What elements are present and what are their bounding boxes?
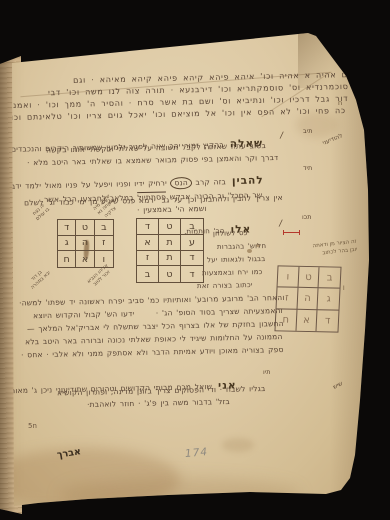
text-line: הממונה על החלומות שיגיד לי כאופת שאלתי נ… bbox=[24, 332, 282, 346]
grid-cell: ח bbox=[58, 251, 76, 267]
quire-mark: 5n bbox=[28, 422, 37, 430]
text-line: ספק בצוריה מאוכן ויודע אמיתת הדבר ולא אס… bbox=[21, 345, 284, 359]
magic-square-main: ד ט ב ג ה ז ח א ו bbox=[57, 219, 114, 268]
text-line: בזל' בדבור משה בין פ'ג' · חוזר לואהבת· bbox=[87, 397, 230, 409]
stain bbox=[222, 438, 254, 452]
manuscript-page: גם אהיה א אהיה וכו' איהא פיהא קיהא פיהא … bbox=[0, 0, 390, 520]
stain bbox=[60, 478, 300, 512]
grid-cell: ב bbox=[137, 266, 159, 282]
grid-cell: ת bbox=[159, 235, 181, 251]
manuscript-photo: גם אהיה א אהיה וכו' איהא פיהא קיהא פיהא … bbox=[0, 0, 390, 520]
letter-square-second: ד ט ב א ת ע ז ת ד ב ט ד bbox=[136, 218, 204, 283]
text-line: כמו ירח ובאמצעות bbox=[202, 268, 263, 277]
grid-cell: ט bbox=[159, 219, 181, 235]
grid-cell: ת bbox=[159, 251, 181, 267]
grid-cell: ו bbox=[95, 251, 113, 267]
text-line: ושמא הי' באמצעין · bbox=[137, 204, 207, 214]
grid-cell: ג bbox=[58, 236, 76, 252]
diagonal-annotation: בן דודיבא במהרה bbox=[21, 261, 58, 296]
text-line: והאמצעיתה שצריך בסוד הסופ' הג' · ידעו הש… bbox=[33, 306, 283, 320]
grid-cell: ב bbox=[181, 219, 203, 235]
red-bracket-mark bbox=[283, 230, 300, 235]
grid-cell: ע bbox=[181, 235, 203, 251]
grid-cell: ז bbox=[137, 251, 159, 267]
grid-cell: א bbox=[296, 309, 318, 331]
grid-cell: ב bbox=[319, 267, 341, 289]
grid-cell: א bbox=[76, 251, 94, 267]
margin-mark: תכו bbox=[302, 213, 311, 221]
grid-cell: ב bbox=[95, 220, 113, 236]
grid-cell: ז bbox=[95, 236, 113, 252]
grid-cell: ד bbox=[317, 310, 339, 332]
grid-cell: א bbox=[137, 235, 159, 251]
margin-mark: תיד bbox=[303, 164, 312, 172]
grid-cell: ד bbox=[137, 219, 159, 235]
margin-mark: תיב bbox=[303, 127, 312, 135]
grid-cell: ד bbox=[58, 220, 76, 236]
grid-cell: ו bbox=[278, 266, 300, 288]
grid-cell: ה bbox=[76, 236, 94, 252]
grid-cell: ד bbox=[181, 251, 203, 267]
pencil-folio-number: 174 bbox=[185, 446, 209, 460]
text-line: בבגול ולגאותו יעל bbox=[207, 255, 266, 264]
margin-slash: / bbox=[278, 219, 282, 229]
grid-cell: ט bbox=[298, 267, 320, 289]
margin-mark: תיו bbox=[263, 368, 271, 376]
grid-cell: ד bbox=[181, 266, 203, 282]
edge-mark: ח bbox=[338, 99, 342, 107]
text-line: יכתוב בצורה זאת bbox=[197, 281, 253, 290]
grid-cell: ה bbox=[297, 288, 319, 310]
text-line: חלוש' בהגברות bbox=[217, 242, 266, 251]
grid-cell: ג bbox=[318, 289, 340, 311]
text-line: והאחר הב' מרובע מרובע' ואותיותיו כמ' סבי… bbox=[19, 293, 285, 308]
grid-cell: ט bbox=[76, 220, 94, 236]
edge-mark: ן bbox=[343, 284, 345, 291]
text-line: החשבון בחזקת של אלו בצרוף הכל יצבר שתשלח… bbox=[27, 319, 284, 333]
text-line: כס לשולחן bbox=[213, 229, 248, 238]
grid-cell: ט bbox=[159, 266, 181, 282]
